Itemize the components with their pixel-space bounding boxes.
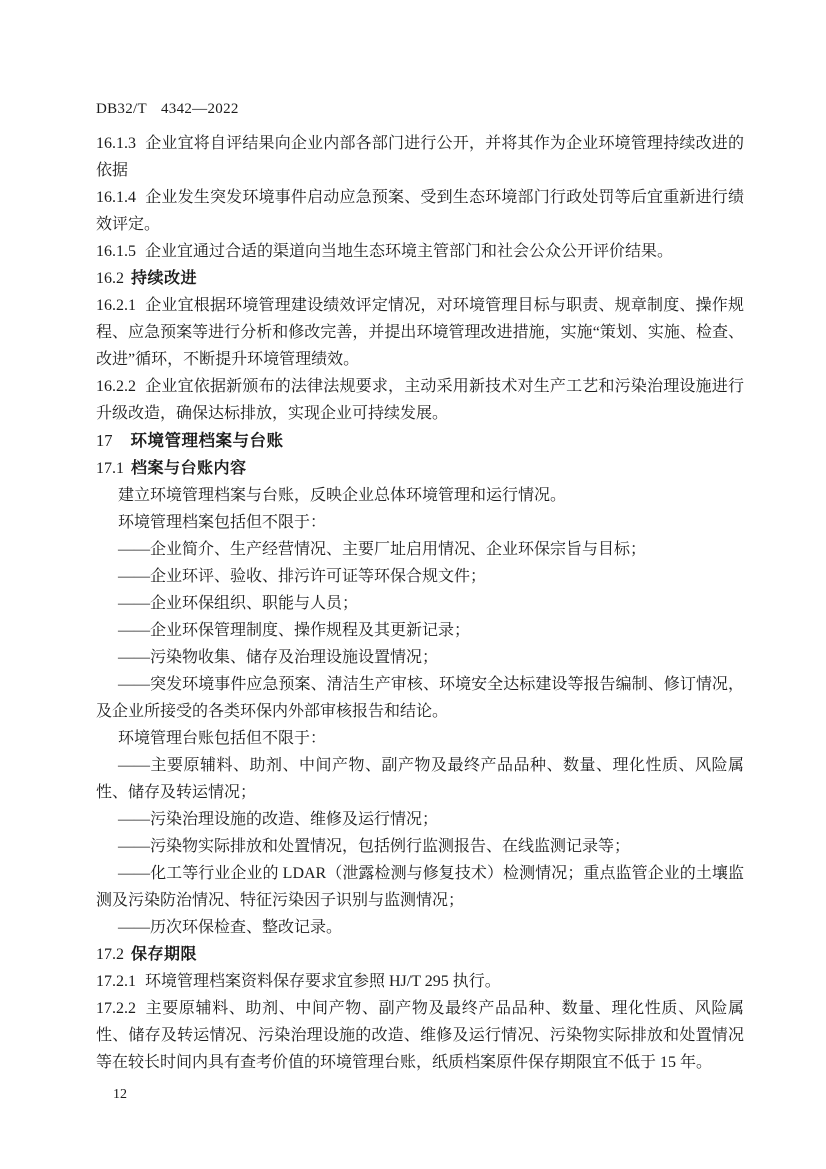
paragraph-text: ——突发环境事件应急预案、清洁生产审核、环境安全达标建设等报告编制、修订情况，及… (96, 676, 744, 720)
paragraph-text: 企业宜根据环境管理建设绩效评定情况，对环境管理目标与职责、规章制度、操作规程、应… (96, 297, 744, 368)
document-body: 16.1.3企业宜将自评结果向企业内部各部门进行公开，并将其作为企业环境管理持续… (96, 130, 744, 1108)
page-number: 12 (113, 1081, 744, 1108)
paragraph-text: 环境管理档案资料保存要求宜参照 HJ/T 295 执行。 (145, 973, 501, 990)
clause-paragraph: 17.2.1环境管理档案资料保存要求宜参照 HJ/T 295 执行。 (96, 968, 744, 995)
standard-number: 4342—2022 (161, 101, 239, 117)
body-paragraph: 环境管理台账包括但不限于： (96, 725, 744, 752)
body-paragraph: 环境管理档案包括但不限于： (96, 509, 744, 536)
clause-number: 16.1.4 (96, 189, 136, 206)
heading-number: 17.2 (96, 946, 124, 963)
clause-paragraph: 16.1.3企业宜将自评结果向企业内部各部门进行公开，并将其作为企业环境管理持续… (96, 130, 744, 184)
body-paragraph: 建立环境管理档案与台账，反映企业总体环境管理和运行情况。 (96, 482, 744, 509)
paragraph-text: ——企业环保组织、职能与人员； (118, 595, 358, 612)
dash-list-item: ——污染治理设施的改造、维修及运行情况； (96, 806, 744, 833)
dash-list-item: ——企业环保组织、职能与人员； (96, 590, 744, 617)
dash-list-item: ——化工等行业企业的 LDAR（泄露检测与修复技术）检测情况；重点监管企业的土壤… (96, 860, 744, 914)
paragraph-text: 企业宜依据新颁布的法律法规要求，主动采用新技术对生产工艺和污染治理设施进行升级改… (96, 378, 744, 422)
paragraph-text: ——主要原辅料、助剂、中间产物、副产物及最终产品品种、数量、理化性质、风险属性、… (96, 757, 744, 801)
paragraph-text: 企业发生突发环境事件启动应急预案、受到生态环境部门行政处罚等后宜重新进行绩效评定… (96, 189, 744, 233)
dash-list-item: ——突发环境事件应急预案、清洁生产审核、环境安全达标建设等报告编制、修订情况，及… (96, 671, 744, 725)
dash-list-item: ——企业环评、验收、排污许可证等环保合规文件； (96, 563, 744, 590)
heading-number: 17.1 (96, 460, 124, 477)
paragraph-text: 环境管理台账包括但不限于： (118, 730, 326, 747)
heading-title: 档案与台账内容 (131, 460, 247, 477)
paragraph-text: ——企业简介、生产经营情况、主要厂址启用情况、企业环保宗旨与目标； (118, 541, 646, 558)
clause-number: 16.1.3 (96, 135, 136, 152)
clause-paragraph: 16.1.5企业宜通过合适的渠道向当地生态环境主管部门和社会公众公开评价结果。 (96, 238, 744, 265)
clause-number: 16.2.1 (96, 297, 136, 314)
standard-code: DB32/T (96, 101, 147, 117)
paragraph-text: 建立环境管理档案与台账，反映企业总体环境管理和运行情况。 (118, 487, 566, 504)
dash-list-item: ——污染物实际排放和处置情况，包括例行监测报告、在线监测记录等； (96, 833, 744, 860)
section-heading: 16.2持续改进 (96, 265, 744, 292)
dash-list-item: ——企业环保管理制度、操作规程及其更新记录； (96, 617, 744, 644)
paragraph-text: ——污染物实际排放和处置情况，包括例行监测报告、在线监测记录等； (118, 838, 630, 855)
heading-number: 17 (96, 431, 113, 450)
clause-paragraph: 16.2.2企业宜依据新颁布的法律法规要求，主动采用新技术对生产工艺和污染治理设… (96, 373, 744, 427)
paragraph-text: ——企业环保管理制度、操作规程及其更新记录； (118, 622, 470, 639)
paragraph-text: 企业宜将自评结果向企业内部各部门进行公开，并将其作为企业环境管理持续改进的依据 (96, 135, 744, 179)
dash-list-item: ——污染物收集、储存及治理设施设置情况； (96, 644, 744, 671)
clause-number: 16.2.2 (96, 378, 136, 395)
clause-number: 17.2.1 (96, 973, 136, 990)
dash-list-item: ——历次环保检查、整改记录。 (96, 914, 744, 941)
heading-title: 持续改进 (131, 270, 197, 287)
dash-list-item: ——企业简介、生产经营情况、主要厂址启用情况、企业环保宗旨与目标； (96, 536, 744, 563)
paragraph-text: ——化工等行业企业的 LDAR（泄露检测与修复技术）检测情况；重点监管企业的土壤… (96, 865, 744, 909)
paragraph-text: 企业宜通过合适的渠道向当地生态环境主管部门和社会公众公开评价结果。 (145, 243, 673, 260)
paragraph-text: 主要原辅料、助剂、中间产物、副产物及最终产品品种、数量、理化性质、风险属性、储存… (96, 1000, 744, 1071)
clause-number: 17.2.2 (96, 1000, 136, 1017)
paragraph-text: ——历次环保检查、整改记录。 (118, 919, 342, 936)
paragraph-text: 环境管理档案包括但不限于： (118, 514, 326, 531)
heading-title: 保存期限 (131, 946, 197, 963)
clause-number: 16.1.5 (96, 243, 136, 260)
heading-title: 环境管理档案与台账 (131, 432, 284, 450)
section-heading: 17.2保存期限 (96, 941, 744, 968)
chapter-heading: 17环境管理档案与台账 (96, 427, 744, 455)
document-page: DB32/T4342—2022 16.1.3企业宜将自评结果向企业内部各部门进行… (0, 0, 826, 1169)
section-heading: 17.1档案与台账内容 (96, 455, 744, 482)
heading-number: 16.2 (96, 270, 124, 287)
clause-paragraph: 16.2.1企业宜根据环境管理建设绩效评定情况，对环境管理目标与职责、规章制度、… (96, 292, 744, 373)
running-header: DB32/T4342—2022 (96, 101, 239, 118)
paragraph-text: ——企业环评、验收、排污许可证等环保合规文件； (118, 568, 486, 585)
paragraph-text: ——污染物收集、储存及治理设施设置情况； (118, 649, 438, 666)
dash-list-item: ——主要原辅料、助剂、中间产物、副产物及最终产品品种、数量、理化性质、风险属性、… (96, 752, 744, 806)
clause-paragraph: 17.2.2主要原辅料、助剂、中间产物、副产物及最终产品品种、数量、理化性质、风… (96, 995, 744, 1076)
clause-paragraph: 16.1.4企业发生突发环境事件启动应急预案、受到生态环境部门行政处罚等后宜重新… (96, 184, 744, 238)
paragraph-text: ——污染治理设施的改造、维修及运行情况； (118, 811, 438, 828)
